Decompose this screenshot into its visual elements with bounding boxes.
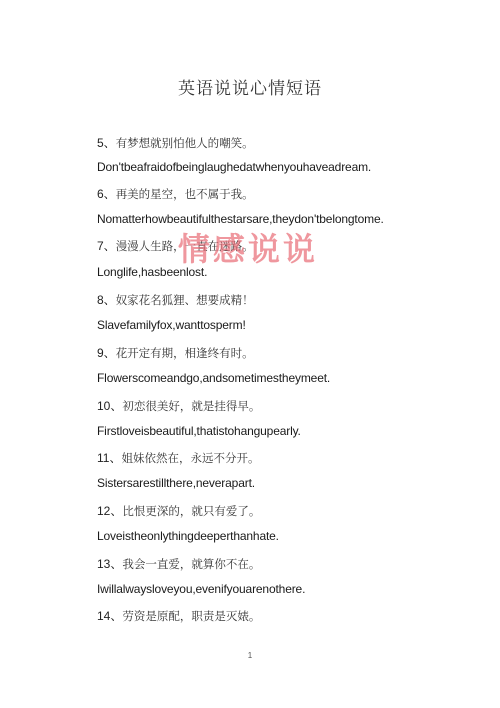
entry-chinese-text: 奴家花名狐狸、想要成精！	[116, 293, 254, 307]
document-title: 英语说说心情短语	[0, 74, 500, 99]
entry-chinese-text: 花开定有期，相逢终有时。	[116, 346, 254, 360]
document-page: 英语说说心情短语 5、有梦想就别怕他人的嘲笑。 Don'tbeafraidofb…	[0, 0, 500, 708]
entry-number: 11、	[97, 451, 121, 465]
entry-zh-12: 12、比恨更深的，就只有爱了。	[97, 502, 260, 519]
entry-number: 14、	[97, 609, 122, 623]
entry-en-9: Flowerscomeandgo,andsometimestheymeet.	[97, 371, 330, 385]
entry-zh-6: 6、再美的星空，也不属于我。	[97, 185, 254, 202]
entry-en-11: Sistersarestillthere,neverapart.	[97, 476, 255, 490]
entry-chinese-text: 我会一直爱，就算你不在。	[122, 557, 260, 571]
entry-number: 13、	[97, 557, 122, 571]
entry-number: 8、	[97, 293, 116, 307]
entry-number: 10、	[97, 399, 122, 413]
entry-number: 5、	[97, 136, 116, 150]
entry-zh-13: 13、我会一直爱，就算你不在。	[97, 555, 260, 572]
entry-en-10: Firstloveisbeautiful,thatistohangupearly…	[97, 424, 301, 438]
entry-chinese-text: 比恨更深的，就只有爱了。	[122, 504, 260, 518]
entry-number: 6、	[97, 187, 116, 201]
entry-zh-8: 8、奴家花名狐狸、想要成精！	[97, 291, 254, 308]
page-number: 1	[0, 651, 500, 660]
entry-zh-14: 14、劳资是原配，职责是灭婊。	[97, 607, 260, 624]
entry-number: 9、	[97, 346, 116, 360]
entry-en-8: Slavefamilyfox,wanttosperm!	[97, 318, 246, 332]
entry-zh-7: 7、漫漫人生路，一直在迷路。	[97, 237, 254, 254]
entry-chinese-text: 姐妹依然在，永远不分开。	[121, 451, 259, 465]
entry-en-7: Longlife,hasbeenlost.	[97, 265, 207, 279]
entry-zh-5: 5、有梦想就别怕他人的嘲笑。	[97, 134, 254, 151]
entry-zh-10: 10、初恋很美好，就是挂得早。	[97, 397, 260, 414]
entry-en-12: Loveistheonlythingdeeperthanhate.	[97, 529, 279, 543]
entry-zh-11: 11、姐妹依然在，永远不分开。	[97, 449, 259, 466]
entry-chinese-text: 有梦想就别怕他人的嘲笑。	[116, 136, 254, 150]
entry-en-13: Iwillalwaysloveyou,evenifyouarenothere.	[97, 582, 305, 596]
entry-en-5: Don'tbeafraidofbeinglaughedatwhenyouhave…	[97, 160, 371, 174]
entry-chinese-text: 漫漫人生路，一直在迷路。	[116, 239, 254, 253]
entry-number: 12、	[97, 504, 122, 518]
entry-zh-9: 9、花开定有期，相逢终有时。	[97, 344, 254, 361]
entry-chinese-text: 劳资是原配，职责是灭婊。	[122, 609, 260, 623]
entry-en-6: Nomatterhowbeautifulthestarsare,theydon'…	[97, 212, 384, 226]
entry-number: 7、	[97, 239, 116, 253]
entry-chinese-text: 再美的星空，也不属于我。	[116, 187, 254, 201]
entry-chinese-text: 初恋很美好，就是挂得早。	[122, 399, 260, 413]
